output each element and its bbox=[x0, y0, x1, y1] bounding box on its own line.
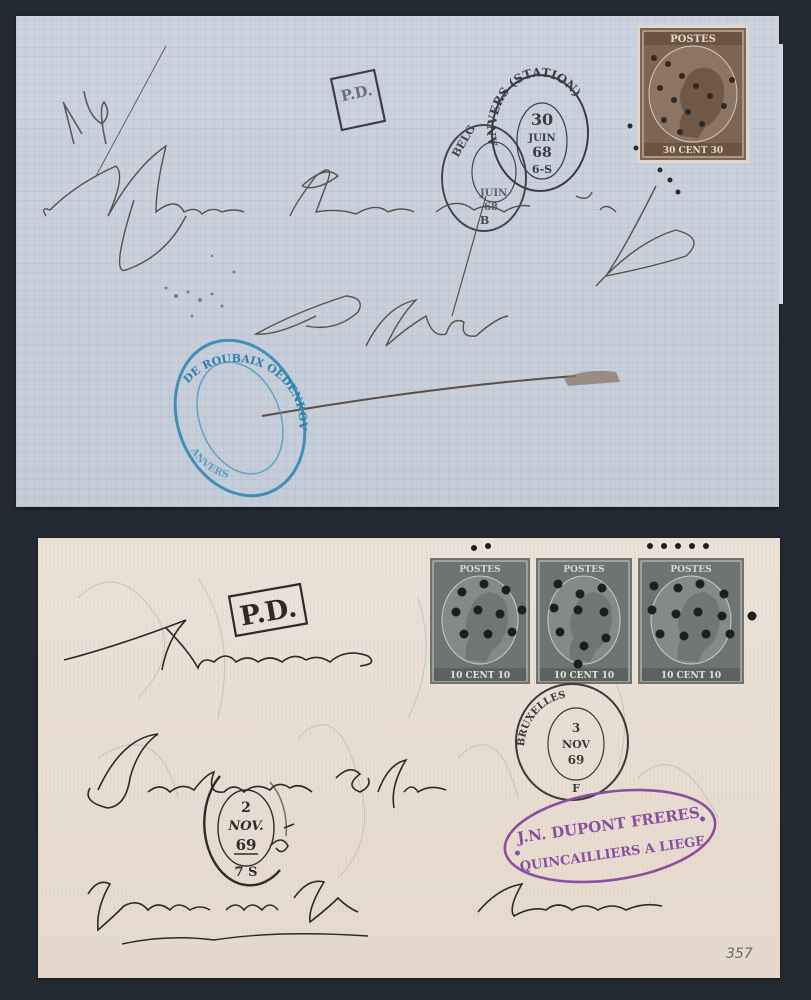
paper-fold-edge bbox=[779, 44, 783, 304]
svg-text:6-S: 6-S bbox=[532, 163, 552, 176]
svg-text:JUIN: JUIN bbox=[479, 188, 507, 199]
svg-text:NOV: NOV bbox=[562, 738, 590, 751]
svg-text:ANVERS (STATION): ANVERS (STATION) bbox=[485, 65, 584, 148]
svg-text:NOV.: NOV. bbox=[227, 819, 263, 834]
svg-text:10 CENT 10: 10 CENT 10 bbox=[450, 671, 510, 681]
svg-text:69: 69 bbox=[236, 836, 257, 854]
svg-text:30 CENT 30: 30 CENT 30 bbox=[663, 146, 723, 156]
pd-box-stamp: P.D. bbox=[331, 70, 385, 130]
stamp-10-cent-1: POSTES 10 CENT 10 bbox=[430, 558, 530, 684]
svg-text:B: B bbox=[480, 214, 489, 227]
svg-text:3: 3 bbox=[572, 721, 580, 735]
pd-box-stamp: P.D. bbox=[229, 584, 307, 636]
stamp-30-cent-brown: POSTES 30 CENT 30 bbox=[628, 25, 750, 195]
svg-text:POSTES: POSTES bbox=[670, 565, 711, 575]
cover-1869: P.D. POSTES 10 CENT 10 POSTES 10 CENT 10 bbox=[38, 538, 780, 978]
de-roubaix-oval-cachet: DE ROUBAIX OEDENKOVEN ANVERS bbox=[115, 291, 366, 545]
svg-text:7 S: 7 S bbox=[235, 865, 258, 880]
ink-flourish bbox=[262, 376, 576, 416]
svg-text:68: 68 bbox=[484, 202, 498, 213]
stamp-10-cent-3: POSTES 10 CENT 10 bbox=[638, 558, 744, 684]
svg-text:BELG: BELG bbox=[449, 123, 478, 160]
svg-text:69: 69 bbox=[568, 753, 585, 767]
svg-text:P.D.: P.D. bbox=[339, 81, 374, 105]
bruxelles-postmark: BRUXELLES 3 NOV 69 F bbox=[516, 684, 628, 800]
svg-text:10 CENT 10: 10 CENT 10 bbox=[554, 671, 614, 681]
svg-text:P.D.: P.D. bbox=[238, 592, 300, 632]
arrival-postmark: 2 NOV. 69 7 S bbox=[204, 776, 286, 885]
svg-text:J.N. DUPONT FRERES: J.N. DUPONT FRERES bbox=[514, 803, 701, 847]
pencil-reference-number: 357 bbox=[726, 946, 753, 962]
dotted-numeral-cancels bbox=[452, 543, 757, 669]
dupont-freres-oval-cachet: J.N. DUPONT FRERES QUINCAILLIERS A LIEGE bbox=[499, 778, 721, 895]
svg-text:QUINCAILLIERS A LIEGE: QUINCAILLIERS A LIEGE bbox=[519, 834, 706, 875]
svg-text:POSTES: POSTES bbox=[459, 565, 500, 575]
svg-text:ANVERS: ANVERS bbox=[182, 443, 234, 481]
svg-text:DE ROUBAIX OEDENKOVEN: DE ROUBAIX OEDENKOVEN bbox=[173, 335, 326, 443]
cover-1868: P.D. BELG JUIN 68 B ANVERS (STATION) 30 … bbox=[16, 16, 779, 507]
svg-text:30: 30 bbox=[531, 110, 553, 129]
svg-text:BRUXELLES: BRUXELLES bbox=[516, 690, 567, 747]
manuscript-rate-mark bbox=[63, 46, 166, 176]
svg-text:POSTES: POSTES bbox=[670, 34, 716, 45]
svg-text:2: 2 bbox=[241, 800, 251, 816]
svg-text:68: 68 bbox=[532, 145, 551, 161]
svg-text:F: F bbox=[572, 782, 580, 795]
show-through-writing bbox=[78, 578, 718, 878]
svg-text:10 CENT 10: 10 CENT 10 bbox=[661, 671, 721, 681]
stamp-strip-10-cent: POSTES 10 CENT 10 POSTES 10 CENT 10 POST… bbox=[430, 543, 757, 684]
cover-1868-artwork: P.D. BELG JUIN 68 B ANVERS (STATION) 30 … bbox=[16, 16, 779, 507]
svg-text:POSTES: POSTES bbox=[563, 565, 604, 575]
anvers-station-postmark: ANVERS (STATION) 30 JUIN 68 6-S bbox=[485, 65, 588, 191]
ink-smudge bbox=[165, 255, 236, 318]
stamp-10-cent-2: POSTES 10 CENT 10 bbox=[536, 558, 632, 684]
svg-text:JUIN: JUIN bbox=[527, 133, 555, 144]
